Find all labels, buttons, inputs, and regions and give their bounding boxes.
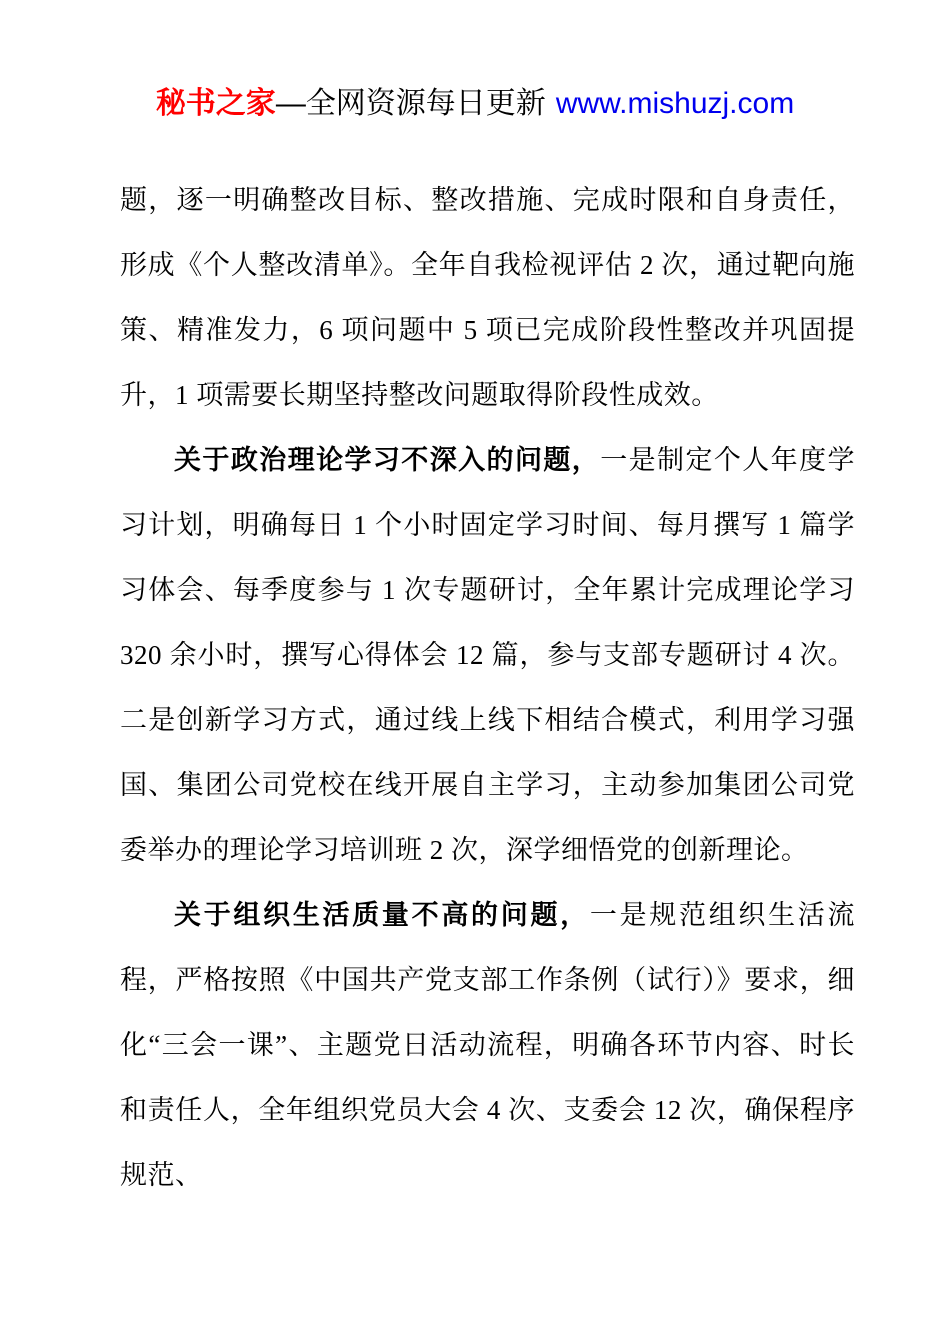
header-tagline: 全网资源每日更新 bbox=[306, 87, 546, 120]
paragraph-text: 题，逐一明确整改目标、整改措施、完成时限和自身责任，形成《个人整改清单》。全年自… bbox=[120, 185, 855, 410]
paragraph-rectification-summary: 题，逐一明确整改目标、整改措施、完成时限和自身责任，形成《个人整改清单》。全年自… bbox=[120, 168, 855, 428]
paragraph-text: 一是制定个人年度学习计划，明确每日 1 个小时固定学习时间、每月撰写 1 篇学习… bbox=[120, 445, 855, 865]
paragraph-lead: 关于组织生活质量不高的问题， bbox=[174, 900, 590, 930]
document-page: 秘书之家—全网资源每日更新www.mishuzj.com 题，逐一明确整改目标、… bbox=[0, 0, 950, 1344]
paragraph-org-life: 关于组织生活质量不高的问题，一是规范组织生活流程，严格按照《中国共产党支部工作条… bbox=[120, 883, 855, 1208]
document-body: 题，逐一明确整改目标、整改措施、完成时限和自身责任，形成《个人整改清单》。全年自… bbox=[120, 168, 855, 1208]
site-brand: 秘书之家 bbox=[156, 87, 276, 120]
page-header: 秘书之家—全网资源每日更新www.mishuzj.com bbox=[0, 84, 950, 124]
paragraph-theory-study: 关于政治理论学习不深入的问题，一是制定个人年度学习计划，明确每日 1 个小时固定… bbox=[120, 428, 855, 883]
paragraph-lead: 关于政治理论学习不深入的问题， bbox=[174, 445, 600, 475]
paragraph-text: 一是规范组织生活流程，严格按照《中国共产党支部工作条例（试行）》要求，细化“三会… bbox=[120, 900, 855, 1190]
site-url-link[interactable]: www.mishuzj.com bbox=[556, 87, 794, 120]
header-dash: — bbox=[276, 87, 306, 120]
